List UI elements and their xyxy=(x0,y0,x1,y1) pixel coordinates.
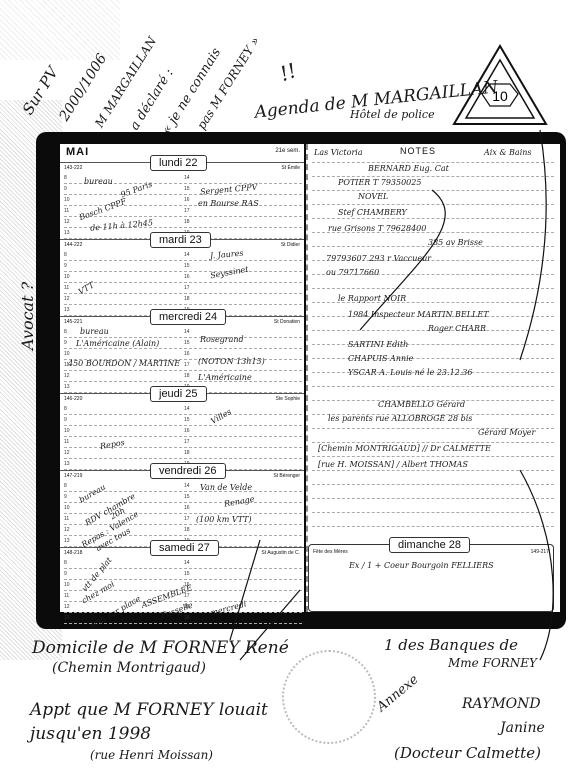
notes-entry: CHAPUIS Annie xyxy=(348,354,413,363)
hour-slot: 16 xyxy=(184,426,302,437)
day-saint: St Donatien xyxy=(274,319,300,325)
hour-slot: 10 xyxy=(64,426,182,437)
annotation-jusquen: jusqu'en 1998 xyxy=(30,724,151,744)
handwritten-note: (NOTON 13h15) xyxy=(198,357,265,366)
ruled-line xyxy=(312,176,554,177)
hour-slot: 18 xyxy=(184,217,302,228)
day-label: samedi 27 xyxy=(150,540,219,556)
hour-slot: 17 xyxy=(184,437,302,448)
notes-entry: NOVEL xyxy=(358,192,388,201)
ruled-line xyxy=(312,190,554,191)
document-subtitle: Hôtel de police xyxy=(350,108,435,121)
notes-entry: 385 av Brisse xyxy=(428,238,483,247)
day-code: 146-220 xyxy=(64,396,82,402)
ruled-line xyxy=(312,204,554,205)
day-block: mercredi 24145-221St Donatien89101112131… xyxy=(60,316,304,395)
notes-entry: [Chemin MONTRIGAUD] // Dr CALMETTE xyxy=(318,444,491,453)
notes-entry: BERNARD Eug. Cat xyxy=(368,164,449,173)
hour-slot: 15 xyxy=(184,569,302,580)
annotation-chemin: (Chemin Montrigaud) xyxy=(52,660,206,676)
day-code: 143-222 xyxy=(64,165,82,171)
notes-entry: Gérard Moyer xyxy=(478,428,535,437)
faded-round-stamp xyxy=(282,650,376,744)
annotation-appt: Appt que M FORNEY louait xyxy=(30,700,268,720)
day-label: mardi 23 xyxy=(150,232,211,248)
notes-entry: Roger CHARR xyxy=(428,324,486,333)
police-stamp: 10 xyxy=(452,44,548,128)
notes-entry: le Rapport NOIR xyxy=(338,294,406,303)
agenda-left-page: MAI 21e sem. lundi 22143-222St Émile8910… xyxy=(60,144,304,612)
ruled-line xyxy=(312,484,554,485)
hour-slot: 9 xyxy=(64,261,182,272)
day-block: vendredi 26147-219St Bérenger89101112131… xyxy=(60,470,304,549)
day-saint: St Didier xyxy=(281,242,300,248)
hour-slot: 8 xyxy=(64,173,182,184)
handwritten-note: (100 km VTT) xyxy=(196,515,252,524)
hour-slot: 15 xyxy=(184,415,302,426)
annotation-rue-moissan: (rue Henri Moissan) xyxy=(90,748,213,762)
day-saint: St Bérenger xyxy=(273,473,300,479)
handwritten-note: L'Américaine xyxy=(198,373,252,382)
day-code: 148-218 xyxy=(64,550,82,556)
hour-slot: 18 xyxy=(184,448,302,459)
handwritten-note: bureau xyxy=(84,177,113,186)
annotation-banque: 1 des Banques de xyxy=(384,636,518,654)
day-block: jeudi 25146-220Ste Sophie891011121314151… xyxy=(60,393,304,472)
ruled-line xyxy=(312,498,554,499)
ruled-line xyxy=(312,470,554,471)
hour-slot: 14 xyxy=(184,558,302,569)
stamp-number: 10 xyxy=(492,88,508,104)
notes-entry: ou 79717660 xyxy=(326,268,379,277)
annotation-exclamation: !! xyxy=(276,58,299,86)
hour-slot: 19 xyxy=(184,613,302,624)
hour-slot: 12 xyxy=(64,448,182,459)
hour-slot: 9 xyxy=(64,415,182,426)
day-code: 145-221 xyxy=(64,319,82,325)
hour-slot: 17 xyxy=(184,283,302,294)
sunday-code: 149-217 xyxy=(531,549,549,555)
day-saint: Ste Sophie xyxy=(276,396,300,402)
day-saint: St Augustin de C. xyxy=(261,550,300,556)
notes-entry: POTIER T 79350025 xyxy=(338,178,421,187)
day-label: lundi 22 xyxy=(150,155,207,171)
handwritten-note: bureau xyxy=(80,327,109,336)
notes-header-right: Aix & Bains xyxy=(484,148,532,157)
notes-entry: YSCAR A. Louis né le 23.12.36 xyxy=(348,368,472,377)
hour-slot: 14 xyxy=(184,173,302,184)
notes-entry: les parents rue ALLOBROGE 28 bis xyxy=(328,414,472,423)
day-label: jeudi 25 xyxy=(150,386,207,402)
agenda-notes-page: Las Victoria NOTES Aix & Bains BERNARD E… xyxy=(306,144,560,612)
notes-title: NOTES xyxy=(400,146,436,156)
week-label: 21e sem. xyxy=(275,148,300,154)
annotation-domicile: Domicile de M FORNEY René xyxy=(32,638,289,658)
handwritten-note: 450 BOURDON / MARTINE xyxy=(68,359,180,368)
annotation-annexe: Annexe xyxy=(374,672,421,715)
day-label: mercredi 24 xyxy=(150,309,226,325)
day-code: 147-219 xyxy=(64,473,82,479)
hour-slot: 9 xyxy=(64,569,182,580)
ruled-line xyxy=(312,386,554,387)
annotation-avocat: Avocat ? xyxy=(18,282,37,350)
annotation-raymond: RAYMOND xyxy=(462,696,541,712)
hour-slot: 16 xyxy=(184,580,302,591)
day-code: 144-222 xyxy=(64,242,82,248)
sunday-box: dimanche 28 Fête des Mères 149-217 Ex / … xyxy=(308,544,554,612)
notes-entry: [rue H. MOISSAN] / Albert THOMAS xyxy=(318,460,468,469)
hour-slot: 8 xyxy=(64,404,182,415)
ruled-line xyxy=(312,162,554,163)
day-block: samedi 27148-218St Augustin de C.8910111… xyxy=(60,547,304,626)
notes-entry: Stef CHAMBERY xyxy=(338,208,407,217)
notes-entry: rue Grisons T 79628400 xyxy=(328,224,426,233)
ruled-line xyxy=(312,526,554,527)
hour-slot: 8 xyxy=(64,558,182,569)
notes-entry: 79793607 293 r Vaccueur xyxy=(326,254,431,263)
day-label: vendredi 26 xyxy=(150,463,226,479)
day-saint: St Émile xyxy=(281,165,300,171)
notes-entry: SARTINI Edith xyxy=(348,340,408,349)
notes-header-left: Las Victoria xyxy=(314,148,363,157)
handwritten-note: Van de Velde xyxy=(200,483,252,492)
day-block: mardi 23144-222St Didier8910111213141516… xyxy=(60,239,304,318)
hour-slot: 18 xyxy=(184,525,302,536)
ruled-line xyxy=(312,288,554,289)
month-label: MAI xyxy=(66,146,89,158)
notes-entry: 1984 Inspecteur MARTIN BELLET xyxy=(348,310,489,319)
annotation-janine: Janine xyxy=(500,720,545,736)
handwritten-note: L'Américaine (Alain) xyxy=(76,339,159,348)
scan-noise xyxy=(0,0,120,60)
sunday-note: Ex / 1 + Coeur Bourgoin FELLIERS xyxy=(349,561,494,570)
hour-slot: 12 xyxy=(64,371,182,382)
ruled-line xyxy=(312,442,554,443)
ruled-line xyxy=(312,456,554,457)
annotation-mme-forney: Mme FORNEY xyxy=(448,656,537,670)
annotation-docteur: (Docteur Calmette) xyxy=(394,744,541,762)
handwritten-note: en Bourse RAS xyxy=(198,199,259,208)
handwritten-note: Rosegrand xyxy=(200,335,244,344)
hour-slot: 8 xyxy=(64,250,182,261)
agenda-book: MAI 21e sem. lundi 22143-222St Émile8910… xyxy=(36,132,566,629)
ruled-line xyxy=(312,218,554,219)
hour-slot: 14 xyxy=(184,404,302,415)
hour-slot: 8 xyxy=(64,481,182,492)
day-block: lundi 22143-222St Émile89101112131415161… xyxy=(60,162,304,241)
hour-slot: 18 xyxy=(184,294,302,305)
day-label-sunday: dimanche 28 xyxy=(389,537,470,553)
hour-slot: 10 xyxy=(64,272,182,283)
notes-entry: CHAMBELLO Gérard xyxy=(378,400,465,409)
ruled-line xyxy=(312,512,554,513)
sunday-saint: Fête des Mères xyxy=(313,549,348,555)
